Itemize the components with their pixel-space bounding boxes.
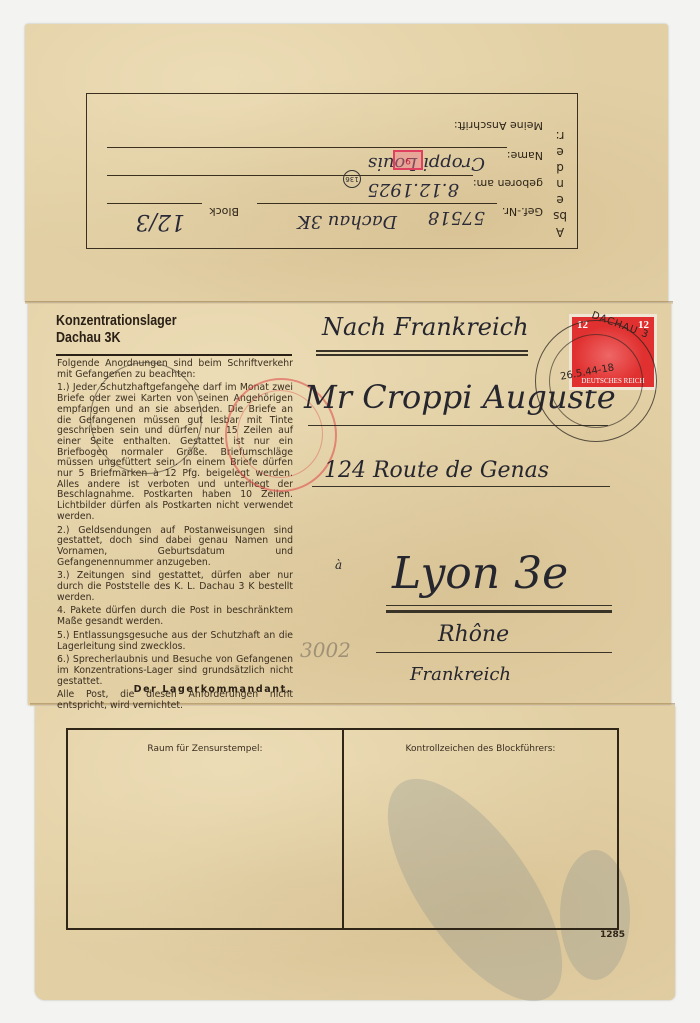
address-label: Meine Anschrift: xyxy=(454,119,543,132)
regulation-item: 6.) Sprecherlaubnis und Besuche von Gefa… xyxy=(57,655,293,687)
regulation-item: 5.) Entlassungsgesuche aus der Schutzhaf… xyxy=(57,631,293,652)
dachau-postmark-faint xyxy=(90,362,202,474)
title-rule xyxy=(56,354,292,356)
recipient-prefix: à xyxy=(335,558,342,572)
commandant-signature: Der Lagerkommandant. xyxy=(120,684,292,695)
fold-line xyxy=(25,301,673,304)
sender-heading: Absender: xyxy=(553,128,567,240)
camp-name: Dachau 3K xyxy=(297,211,397,232)
camp-title-line1: Konzentrationslager xyxy=(56,313,262,330)
underline xyxy=(386,605,612,606)
sender-birthdate: 8.12.1925 xyxy=(367,179,459,200)
block-leader-label: Kontrollzeichen des Blockführers: xyxy=(344,744,617,754)
recipient-street: 124 Route de Genas xyxy=(324,458,549,483)
underline xyxy=(316,354,528,356)
recipient-department: Rhône xyxy=(438,622,509,647)
underline xyxy=(376,652,612,653)
block-number: 12/3 xyxy=(136,209,185,234)
prisoner-number-label: Gef.-Nr. xyxy=(502,205,543,218)
born-label: geboren am: xyxy=(473,177,543,190)
recipient-country: Frankreich xyxy=(410,664,511,685)
sender-name: Croppi Louis xyxy=(368,153,485,174)
form-number: 1285 xyxy=(600,930,625,940)
regulation-item: 4. Pakete dürfen durch die Post in besch… xyxy=(57,606,293,627)
name-label: Name: xyxy=(507,149,543,162)
block-label: Block xyxy=(209,205,239,218)
underline xyxy=(316,350,528,352)
recipient-city: Lyon 3e xyxy=(392,548,568,599)
sender-address-box: Absender: Meine Anschrift: Name: Croppi … xyxy=(86,93,578,249)
regulation-item: 3.) Zeitungen sind gestattet, dürfen abe… xyxy=(57,571,293,603)
pencil-note: 3002 xyxy=(300,638,351,662)
destination-note: Nach Frankreich xyxy=(322,313,529,341)
censor-divider xyxy=(342,730,344,928)
camp-title-line2: Dachau 3K xyxy=(56,330,262,347)
prisoner-number: 57518 xyxy=(428,207,485,228)
red-box-mark: 9 xyxy=(393,150,423,170)
censor-stamp-label: Raum für Zensurstempel: xyxy=(68,744,342,754)
underline xyxy=(386,610,612,613)
regulation-item: 2.) Geldsendungen auf Postanweisungen si… xyxy=(57,526,293,569)
camp-title: Konzentrationslager Dachau 3K xyxy=(56,313,262,347)
circled-mark: 136 xyxy=(343,170,361,188)
underline xyxy=(312,486,610,487)
